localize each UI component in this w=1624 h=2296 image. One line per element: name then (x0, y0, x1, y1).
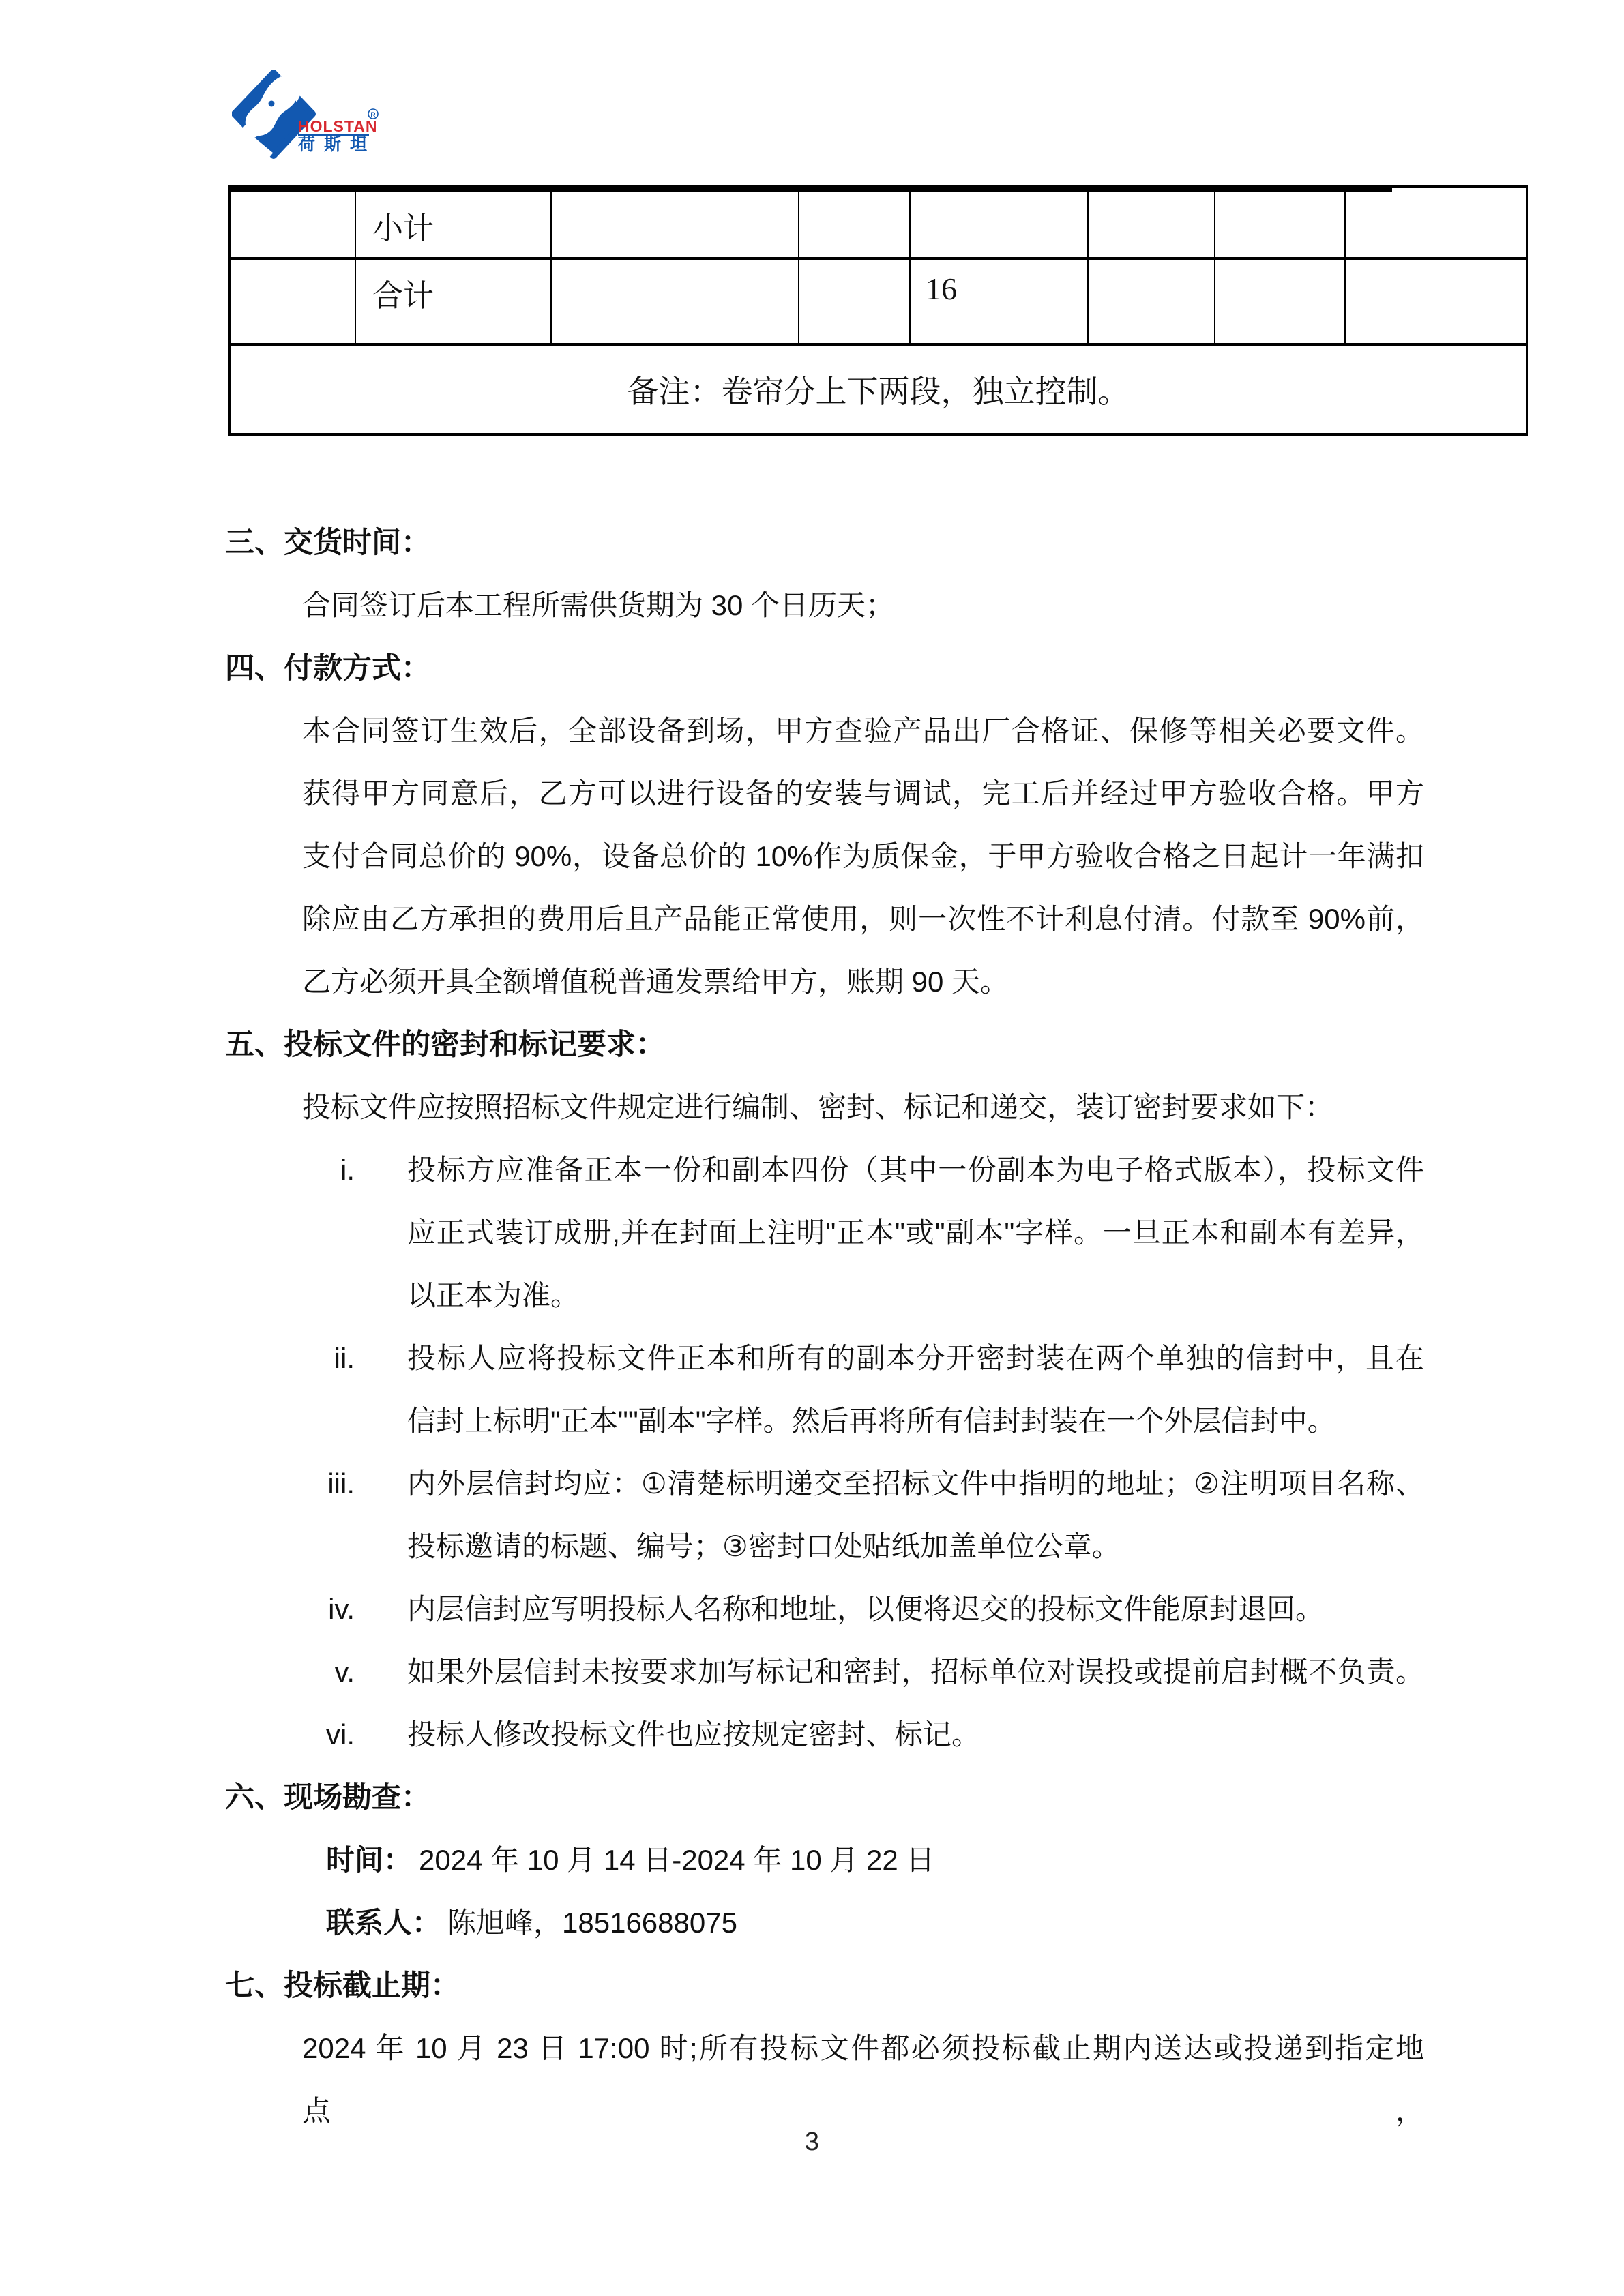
registered-mark-letter: R (370, 112, 376, 119)
field-label: 联系人： (326, 1907, 441, 1939)
table-cell-total-label: 合计 (356, 260, 552, 343)
list-text: 投标方应准备正本一份和副本四份（其中一份副本为电子格式版本），投标文件 (407, 1139, 1424, 1202)
list-item-i: i. 投标方应准备正本一份和副本四份（其中一份副本为电子格式版本），投标文件 (225, 1139, 1424, 1202)
field-value: 陈旭峰，18516688075 (447, 1907, 737, 1939)
section-heading-3: 三、交货时间： (225, 511, 1424, 574)
list-text: 以正本为准。 (407, 1264, 1424, 1327)
list-marker: vi. (225, 1703, 355, 1766)
list-text: 内外层信封均应：①清楚标明递交至招标文件中指明的地址；②注明项目名称、 (407, 1452, 1424, 1515)
table-cell (552, 260, 799, 343)
table-cell (911, 192, 1089, 257)
list-marker: i. (225, 1139, 355, 1202)
list-marker: ii. (225, 1327, 355, 1390)
field-contact: 联系人：陈旭峰，18516688075 (225, 1892, 1424, 1954)
list-text: 信封上标明"正本""副本"字样。然后再将所有信封封装在一个外层信封中。 (407, 1390, 1424, 1452)
table-cell (799, 192, 911, 257)
document-page: HOLSTAN 荷斯坦 R 小计 合计 16 (0, 0, 1624, 2296)
table-cell-total-qty: 16 (911, 260, 1089, 343)
table-cell (1346, 260, 1526, 343)
holstan-logo-graphic: HOLSTAN 荷斯坦 R (232, 68, 409, 164)
table-cell (1215, 260, 1346, 343)
quantity-table: 小计 合计 16 备注：卷帘分上下两段，独立控制。 (228, 185, 1528, 436)
paragraph-line: 获得甲方同意后，乙方可以进行设备的安装与调试，完工后并经过甲方验收合格。甲方 (225, 762, 1424, 825)
table-cell-subtotal-label: 小计 (356, 192, 552, 257)
section-heading-5: 五、投标文件的密封和标记要求： (225, 1013, 1424, 1076)
table-row-note: 备注：卷帘分上下两段，独立控制。 (231, 343, 1526, 433)
table-cell (231, 192, 356, 257)
section-heading-7: 七、投标截止期： (225, 1954, 1424, 2017)
table-top-border-thick (231, 185, 1392, 192)
table-cell (1346, 192, 1526, 257)
paragraph-line: 乙方必须开具全额增值税普通发票给甲方，账期 90 天。 (225, 951, 1424, 1013)
table-cell (1089, 260, 1215, 343)
list-marker: iv. (225, 1578, 355, 1641)
table-cell (1089, 192, 1215, 257)
list-marker-spacer (225, 1202, 355, 1264)
list-item-ii-cont: 信封上标明"正本""副本"字样。然后再将所有信封封装在一个外层信封中。 (225, 1390, 1424, 1452)
table-cell (552, 192, 799, 257)
table-note: 备注：卷帘分上下两段，独立控制。 (628, 367, 1130, 412)
section-heading-4: 四、付款方式： (225, 637, 1424, 700)
list-text: 如果外层信封未按要求加写标记和密封，招标单位对误投或提前启封概不负责。 (407, 1641, 1424, 1703)
list-item-ii: ii. 投标人应将投标文件正本和所有的副本分开密封装在两个单独的信封中，且在 (225, 1327, 1424, 1390)
list-text: 投标邀请的标题、编号；③密封口处贴纸加盖单位公章。 (407, 1515, 1424, 1578)
field-label: 时间： (326, 1844, 412, 1876)
paragraph-line: 投标文件应按照招标文件规定进行编制、密封、标记和递交，装订密封要求如下： (225, 1076, 1424, 1139)
page-number: 3 (0, 2128, 1624, 2157)
paragraph-line: 合同签订后本工程所需供货期为 30 个日历天； (225, 574, 1424, 637)
table-cell (231, 260, 356, 343)
table-row-total: 合计 16 (231, 257, 1526, 343)
list-item-iv: iv. 内层信封应写明投标人名称和地址，以便将迟交的投标文件能原封退回。 (225, 1578, 1424, 1641)
table-cell (799, 260, 911, 343)
paragraph-line: 本合同签订生效后，全部设备到场，甲方查验产品出厂合格证、保修等相关必要文件。 (225, 700, 1424, 762)
table-row-subtotal: 小计 (231, 192, 1526, 257)
list-item-iii: iii. 内外层信封均应：①清楚标明递交至招标文件中指明的地址；②注明项目名称、 (225, 1452, 1424, 1515)
list-item-iii-cont: 投标邀请的标题、编号；③密封口处贴纸加盖单位公章。 (225, 1515, 1424, 1578)
list-text: 应正式装订成册,并在封面上注明"正本"或"副本"字样。一旦正本和副本有差异， (407, 1202, 1424, 1264)
section-heading-6: 六、现场勘查： (225, 1766, 1424, 1829)
list-text: 投标人应将投标文件正本和所有的副本分开密封装在两个单独的信封中，且在 (407, 1327, 1424, 1390)
list-marker: v. (225, 1641, 355, 1703)
list-marker-spacer (225, 1264, 355, 1327)
table-top-border-thin (1392, 185, 1526, 188)
logo-cow-eye (269, 101, 275, 107)
logo-brand-zh-text: 荷斯坦 (298, 135, 376, 154)
list-item-vi: vi. 投标人修改投标文件也应按规定密封、标记。 (225, 1703, 1424, 1766)
field-time: 时间：2024 年 10 月 14 日-2024 年 10 月 22 日 (225, 1829, 1424, 1892)
field-value: 2024 年 10 月 14 日-2024 年 10 月 22 日 (419, 1844, 934, 1876)
table-top-border (231, 185, 1526, 192)
list-item-i-cont: 以正本为准。 (225, 1264, 1424, 1327)
paragraph-line: 2024 年 10 月 23 日 17:00 时;所有投标文件都必须投标截止期内… (225, 2017, 1424, 2080)
list-marker-spacer (225, 1515, 355, 1578)
logo-brand-text: HOLSTAN (298, 117, 377, 135)
table-cell (1215, 192, 1346, 257)
document-body: 三、交货时间： 合同签订后本工程所需供货期为 30 个日历天； 四、付款方式： … (225, 511, 1424, 2080)
list-marker-spacer (225, 1390, 355, 1452)
list-item-v: v. 如果外层信封未按要求加写标记和密封，招标单位对误投或提前启封概不负责。 (225, 1641, 1424, 1703)
list-item-i-cont: 应正式装订成册,并在封面上注明"正本"或"副本"字样。一旦正本和副本有差异， (225, 1202, 1424, 1264)
list-text: 投标人修改投标文件也应按规定密封、标记。 (407, 1703, 1424, 1766)
list-marker: iii. (225, 1452, 355, 1515)
list-text: 内层信封应写明投标人名称和地址，以便将迟交的投标文件能原封退回。 (407, 1578, 1424, 1641)
paragraph-line: 除应由乙方承担的费用后且产品能正常使用，则一次性不计利息付清。付款至 90%前， (225, 888, 1424, 951)
company-logo: HOLSTAN 荷斯坦 R (232, 68, 409, 164)
paragraph-line: 支付合同总价的 90%，设备总价的 10%作为质保金，于甲方验收合格之日起计一年… (225, 825, 1424, 888)
